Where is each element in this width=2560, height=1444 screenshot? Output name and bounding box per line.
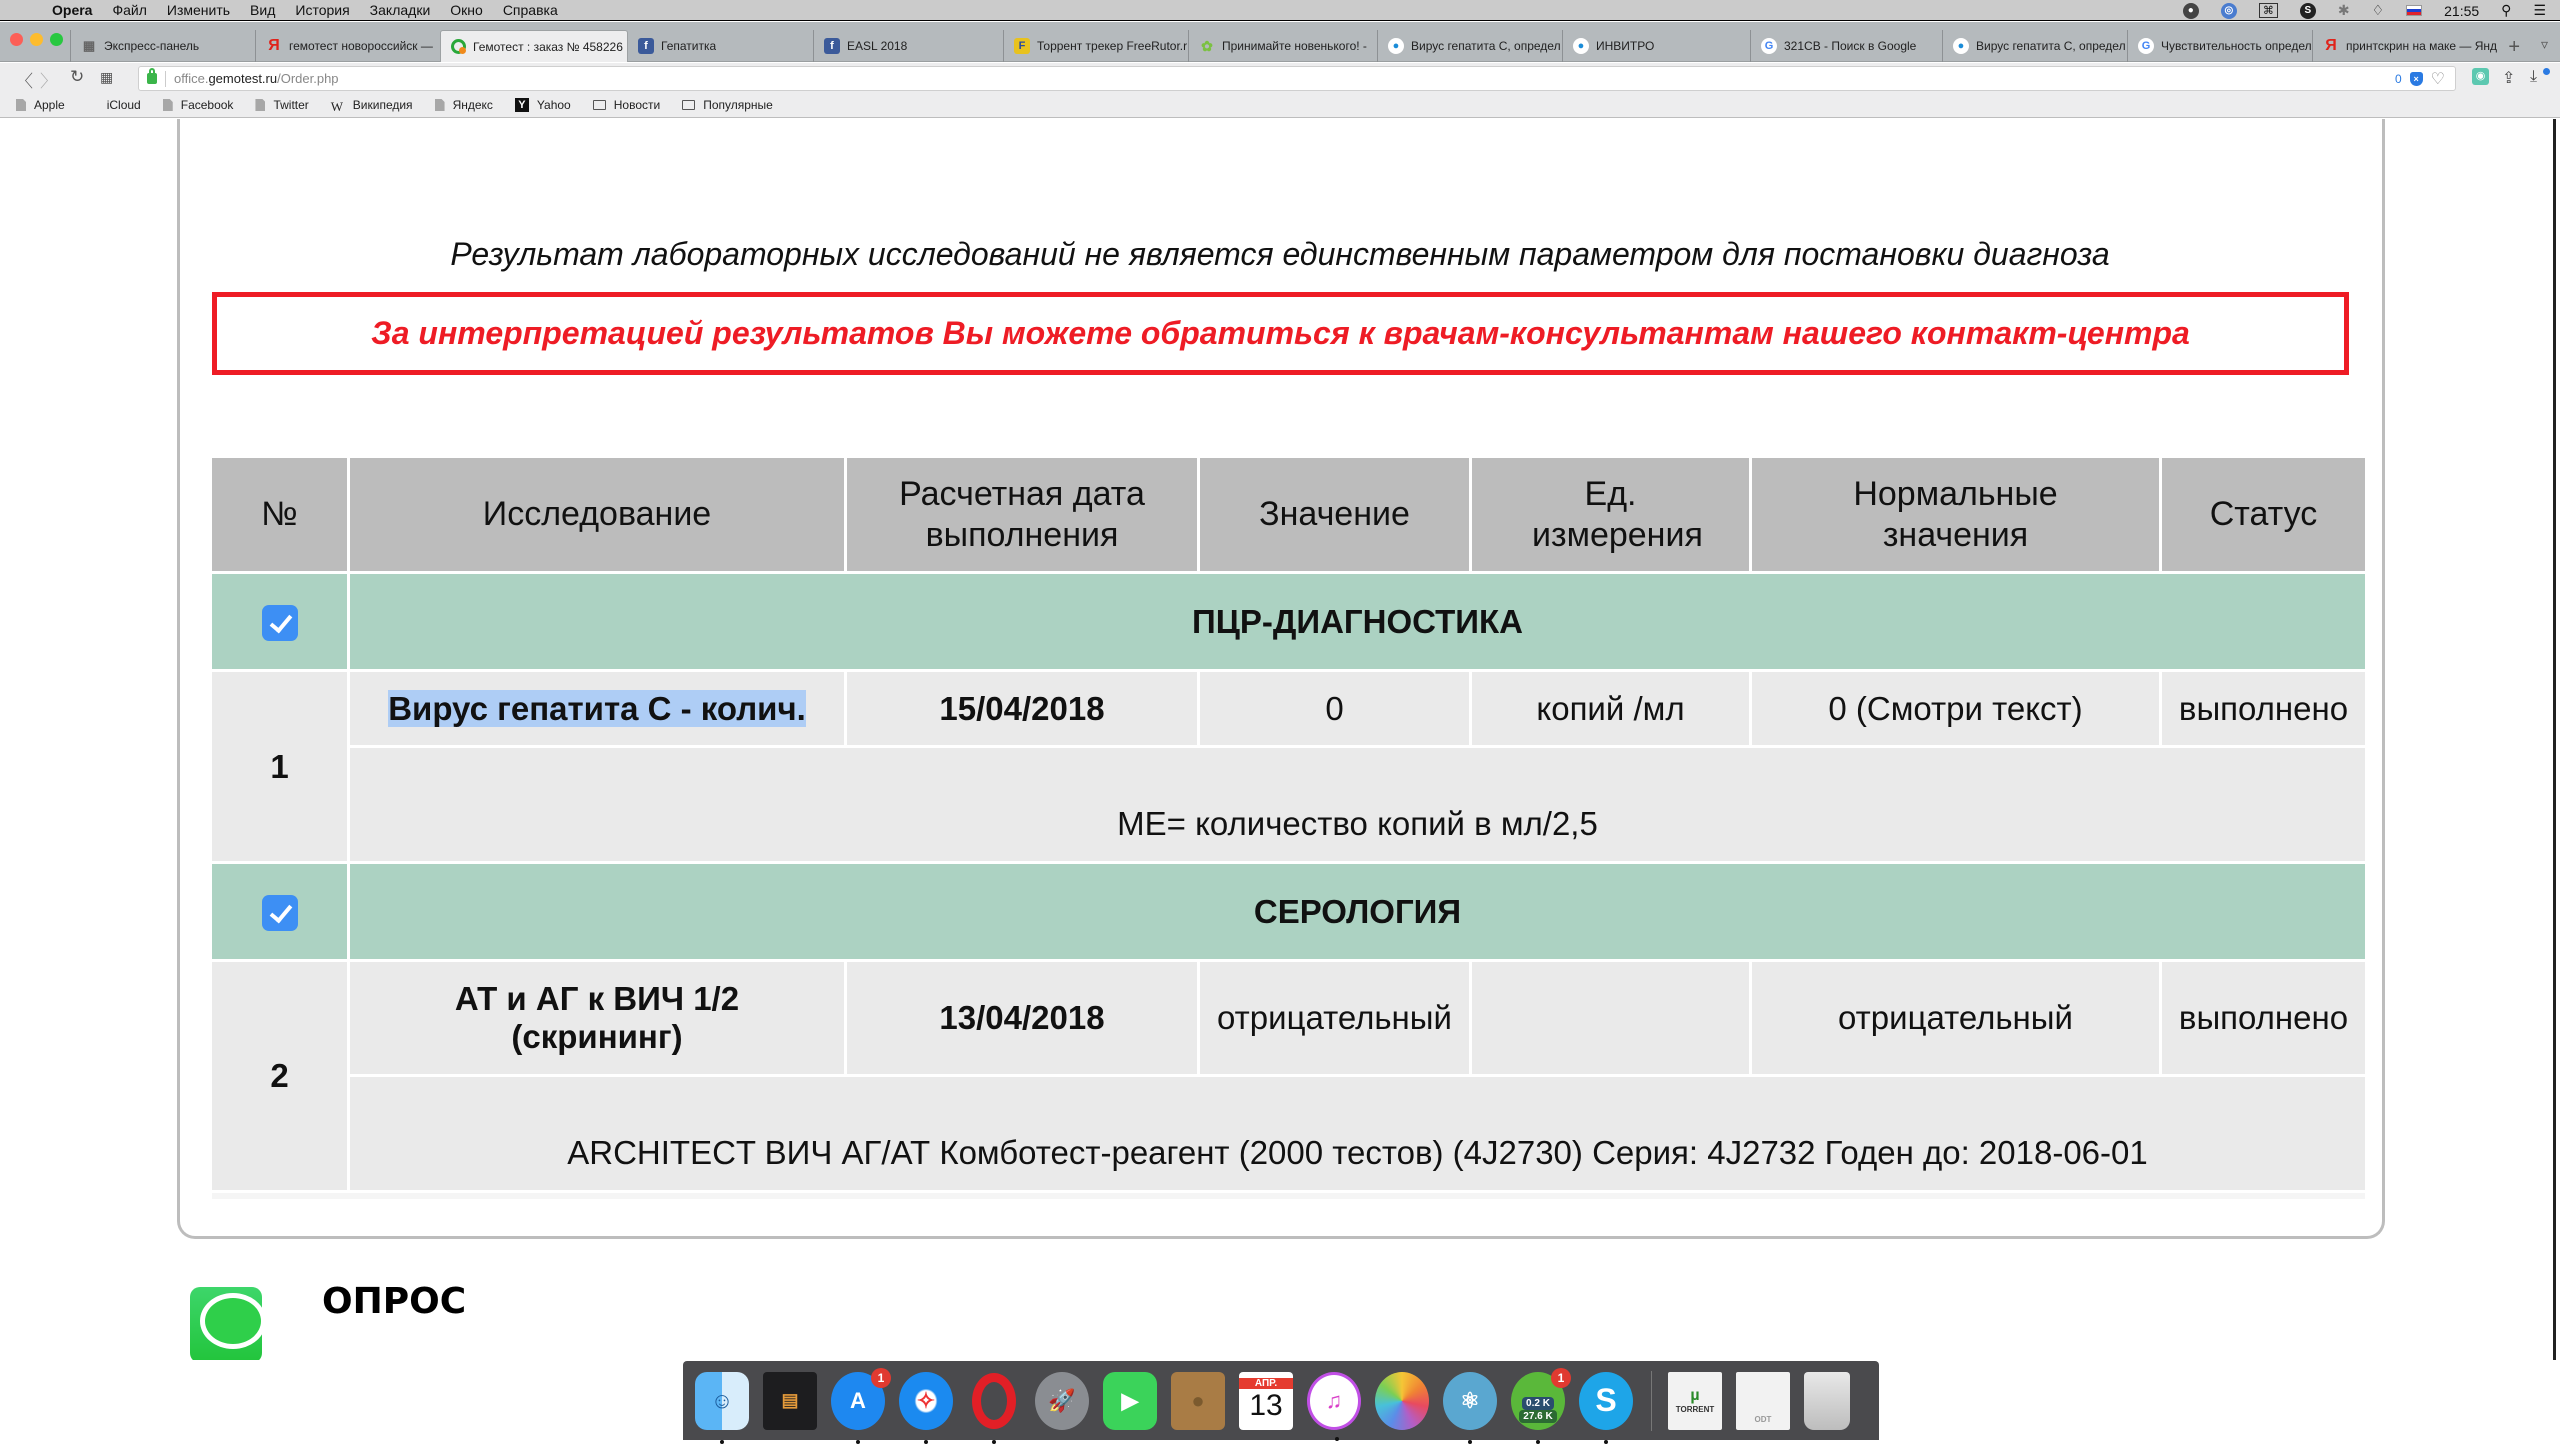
row-number: 1 — [212, 672, 347, 861]
url-path: /Order.php — [277, 71, 338, 86]
bookmark-label: Википедия — [353, 98, 413, 112]
menu-view[interactable]: Вид — [250, 2, 275, 18]
tab-invitro[interactable]: ●ИНВИТРО — [1562, 30, 1747, 62]
test-status: выполнено — [2162, 672, 2365, 745]
utorrent-download-rate: 27.6 K — [1519, 1410, 1556, 1423]
section-checkbox-cell — [212, 864, 347, 959]
bluetooth-icon[interactable]: ✱ — [2338, 2, 2350, 19]
menu-edit[interactable]: Изменить — [167, 2, 230, 18]
bookmark-folder-news[interactable]: Новости — [593, 98, 660, 112]
test-unit — [1472, 962, 1749, 1074]
col-header-value: Значение — [1200, 458, 1469, 571]
section-title: ПЦР-ДИАГНОСТИКА — [350, 574, 2365, 669]
facetime-icon[interactable]: ▶ — [1103, 1372, 1157, 1430]
downloads-icon[interactable]: ⤓ — [2530, 68, 2537, 86]
russian-flag-icon[interactable] — [2406, 5, 2422, 16]
page-icon — [435, 99, 445, 111]
col-header-status: Статус — [2162, 458, 2365, 571]
test-note: ARCHITECT ВИЧ АГ/АТ Комботест-реагент (2… — [350, 1077, 2365, 1190]
page-icon — [163, 99, 173, 111]
minimize-window-icon[interactable] — [30, 33, 43, 46]
page-icon — [16, 99, 26, 111]
bookmark-twitter[interactable]: Twitter — [255, 98, 308, 112]
running-indicator — [1335, 1437, 1339, 1441]
share-icon[interactable]: ⇪ — [2502, 68, 2515, 88]
notification-center-icon[interactable]: ☰ — [2533, 2, 2546, 19]
speed-dial-icon: ▦ — [81, 38, 97, 54]
calendar-month: АПР. — [1239, 1378, 1293, 1389]
google-icon: G — [2138, 38, 2154, 54]
photos-icon[interactable] — [1375, 1372, 1429, 1430]
tab-google-sensitivity[interactable]: GЧувствительность определ — [2127, 30, 2312, 62]
calendar-day: 13 — [1249, 1389, 1282, 1423]
consultation-notice-text: За интерпретацией результатов Вы можете … — [371, 315, 2190, 352]
mission-control-icon[interactable]: ▤ — [763, 1372, 817, 1430]
test-status: выполнено — [2162, 962, 2365, 1074]
test-name: АТ и АГ к ВИЧ 1/2 (скрининг) — [350, 962, 844, 1074]
keyboard-icon[interactable]: ⌘ — [2259, 3, 2278, 18]
section-row-pcr: ПЦР-ДИАГНОСТИКА — [212, 574, 2365, 669]
yandex-icon: Я — [2323, 38, 2339, 54]
tab-yandex-search[interactable]: Ягемотест новороссийск — — [255, 30, 440, 62]
tab-easl-2018[interactable]: fEASL 2018 — [813, 30, 998, 62]
bookmark-wikipedia[interactable]: WВикипедия — [331, 98, 413, 112]
lock-icon — [147, 73, 157, 84]
table-row: 2 АТ и АГ к ВИЧ 1/2 (скрининг) 13/04/201… — [212, 962, 2365, 1074]
consultation-notice: За интерпретацией результатов Вы можете … — [212, 292, 2349, 375]
page-icon — [255, 99, 265, 111]
ad-block-shield-icon[interactable]: × — [2410, 72, 2423, 86]
downloads-indicator — [2543, 68, 2550, 75]
calendar-icon[interactable]: АПР. 13 — [1239, 1372, 1293, 1430]
folder-icon — [593, 100, 606, 110]
table-note-row: ARCHITECT ВИЧ АГ/АТ Комботест-реагент (2… — [212, 1077, 2365, 1190]
contacts-icon[interactable]: ● — [1171, 1372, 1225, 1430]
bookmark-label: Новости — [614, 98, 660, 112]
table-header-row: № Исследование Расчетная дата выполнения… — [212, 458, 2365, 571]
col-header-number: № — [212, 458, 347, 571]
yandex-icon: Я — [266, 38, 282, 54]
bookmark-folder-popular[interactable]: Популярные — [682, 98, 773, 112]
bookmark-heart-icon[interactable]: ♡ — [2431, 69, 2445, 89]
tab-bar: ▦Экспресс-панель Ягемотест новороссийск … — [0, 22, 2560, 62]
tab-speed-dial[interactable]: ▦Экспресс-панель — [70, 30, 255, 62]
web-page: Результат лабораторных исследований не я… — [0, 119, 2556, 1360]
wikipedia-icon: W — [331, 99, 345, 111]
bookmark-label: Apple — [34, 98, 65, 112]
bookmark-yahoo[interactable]: YYahoo — [515, 98, 571, 112]
section-row-serology: СЕРОЛОГИЯ — [212, 864, 2365, 959]
menu-bookmarks[interactable]: Закладки — [370, 2, 431, 18]
col-header-test: Исследование — [350, 458, 844, 571]
test-note: МЕ= количество копий в мл/2,5 — [350, 748, 2365, 861]
test-name-cell: Вирус гепатита С - колич. — [350, 672, 844, 745]
tab-menu-icon[interactable]: ▿ — [2541, 36, 2548, 53]
test-name[interactable]: Вирус гепатита С - колич. — [388, 690, 806, 727]
tab-google-321cb[interactable]: G321CB - Поиск в Google — [1750, 30, 1938, 62]
bookmark-facebook[interactable]: Facebook — [163, 98, 234, 112]
section-checkbox-cell — [212, 574, 347, 669]
blocked-ads-count: 0 — [2395, 72, 2402, 86]
tab-invitro-hcv[interactable]: ●Вирус гепатита С, определ — [1377, 30, 1562, 62]
bookmark-yandex[interactable]: Яндекс — [435, 98, 493, 112]
google-icon: G — [1761, 38, 1777, 54]
utorrent-upload-rate: 0.2 K — [1522, 1397, 1554, 1410]
test-normal-range: отрицательный — [1752, 962, 2159, 1074]
address-bar[interactable]: office.gemotest.ru/Order.php 0 × ♡ — [138, 66, 2456, 91]
reload-icon[interactable]: ↻ — [70, 67, 84, 87]
forward-icon[interactable]: 〉 — [40, 67, 57, 92]
invitro-icon: ● — [1953, 38, 1969, 54]
tab-new-user[interactable]: ✿Принимайте новенького! - — [1188, 30, 1373, 62]
skype-icon[interactable]: S — [2300, 3, 2316, 19]
gemotest-icon — [451, 39, 466, 54]
invitro-icon: ● — [1573, 38, 1589, 54]
section-pcr-checkbox[interactable] — [262, 605, 298, 641]
macos-dock: ☺ ▤ A1 ✧ 🚀 ▶ ● АПР. 13 ♫ ⚛ 0.2 K 27.6 K … — [683, 1361, 1879, 1440]
opera-icon[interactable] — [967, 1372, 1021, 1430]
section-title: СЕРОЛОГИЯ — [350, 864, 2365, 959]
folder-icon — [682, 100, 695, 110]
tab-grid-icon[interactable]: ▦ — [100, 69, 113, 86]
col-header-unit: Ед. измерения — [1472, 458, 1749, 571]
trash-icon[interactable] — [1804, 1372, 1850, 1430]
menu-app-opera[interactable]: Opera — [52, 2, 92, 18]
bookmark-label: iCloud — [107, 98, 141, 112]
odt-file-icon[interactable]: ODT — [1736, 1372, 1790, 1430]
safari-icon[interactable]: ✧ — [899, 1372, 953, 1430]
chat-bubble-icon — [190, 1287, 262, 1360]
bookmark-label: Популярные — [703, 98, 773, 112]
menu-history[interactable]: История — [295, 2, 349, 18]
section-serology-checkbox[interactable] — [262, 895, 298, 931]
leaf-icon: ✿ — [1199, 38, 1215, 54]
freerutor-icon: F — [1014, 38, 1030, 54]
tab-yandex-printscreen[interactable]: Япринтскрин на маке — Янд — [2312, 30, 2497, 62]
facebook-icon: f — [638, 38, 654, 54]
table-row: 1 Вирус гепатита С - колич. 15/04/2018 0… — [212, 672, 2365, 745]
tab-freerutor[interactable]: FТоррент трекер FreeRutor.r — [1003, 30, 1188, 62]
bookmark-icloud[interactable]: iCloud — [87, 98, 141, 112]
test-value: отрицательный — [1200, 962, 1469, 1074]
bookmark-apple[interactable]: Apple — [16, 98, 65, 112]
network-monitor-icon[interactable]: ◎ — [2221, 3, 2237, 19]
spotlight-icon[interactable]: ⚲ — [2501, 2, 2511, 19]
new-tab-icon[interactable]: + — [2508, 36, 2520, 59]
disclaimer-text: Результат лабораторных исследований не я… — [0, 236, 2556, 273]
menu-help[interactable]: Справка — [503, 2, 558, 18]
skype-icon[interactable]: S — [1579, 1372, 1633, 1430]
test-unit: копий /мл — [1472, 672, 1749, 745]
survey-section: ОПРОС — [190, 1279, 466, 1360]
close-window-icon[interactable] — [10, 33, 23, 46]
tab-hepatitka[interactable]: fГепатитка — [628, 30, 813, 62]
launchpad-icon[interactable]: 🚀 — [1035, 1372, 1089, 1430]
vpn-icon: ◉ — [2472, 68, 2489, 85]
utorrent-badge: 1 — [1551, 1368, 1571, 1388]
results-table: № Исследование Расчетная дата выполнения… — [209, 455, 2368, 1202]
app-store-badge: 1 — [871, 1368, 891, 1388]
bookmark-label: Facebook — [181, 98, 234, 112]
file-type-label: ODT — [1755, 1415, 1772, 1424]
divider — [165, 71, 166, 87]
bookmark-label: Yahoo — [537, 98, 571, 112]
survey-title[interactable]: ОПРОС — [322, 1281, 466, 1322]
url-subdomain: office. — [174, 71, 208, 86]
bookmark-label: Яндекс — [453, 98, 493, 112]
col-header-date: Расчетная дата выполнения — [847, 458, 1197, 571]
yahoo-icon: Y — [515, 98, 529, 112]
row-number: 2 — [212, 962, 347, 1190]
menu-file[interactable]: Файл — [112, 2, 146, 18]
itunes-icon[interactable]: ♫ — [1307, 1372, 1361, 1430]
file-type-label: TORRENT — [1676, 1405, 1715, 1414]
bookmarks-bar: Apple iCloud Facebook Twitter WВикипедия… — [0, 93, 2560, 118]
finder-icon[interactable]: ☺ — [695, 1372, 749, 1430]
dock-divider — [1651, 1371, 1652, 1431]
table-footer — [212, 1193, 2365, 1199]
apple-icon — [87, 99, 99, 111]
tab-invitro-hcv-2[interactable]: ●Вирус гепатита С, определ — [1942, 30, 2127, 62]
utorrent-icon[interactable]: 0.2 K 27.6 K 1 — [1511, 1372, 1565, 1430]
invitro-icon: ● — [1388, 38, 1404, 54]
bookmark-label: Twitter — [273, 98, 308, 112]
test-normal-range: 0 (Смотри текст) — [1752, 672, 2159, 745]
table-footer-strip — [212, 1193, 2365, 1199]
url-host: gemotest.ru — [208, 71, 277, 86]
clock[interactable]: 21:55 — [2444, 3, 2479, 19]
wifi-icon[interactable]: ♢ — [2372, 2, 2385, 19]
facebook-icon: f — [824, 38, 840, 54]
menu-window[interactable]: Окно — [450, 2, 483, 18]
torrent-file-icon[interactable]: µTORRENT — [1668, 1372, 1722, 1430]
vpn-button[interactable]: ◉ — [2472, 68, 2489, 85]
app-store-icon[interactable]: A1 — [831, 1372, 885, 1430]
back-icon[interactable]: 〈 — [16, 67, 33, 92]
test-value: 0 — [1200, 672, 1469, 745]
tab-gemotest-order[interactable]: Гемотест : заказ № 458226 — [440, 30, 628, 62]
network-radar-icon[interactable]: ⚛ — [1443, 1372, 1497, 1430]
macos-menu-bar: Opera Файл Изменить Вид История Закладки… — [0, 0, 2560, 21]
opera-vpn-icon[interactable]: ● — [2183, 3, 2199, 19]
test-date: 15/04/2018 — [847, 672, 1197, 745]
zoom-window-icon[interactable] — [50, 33, 63, 46]
table-note-row: МЕ= количество копий в мл/2,5 — [212, 748, 2365, 861]
test-date: 13/04/2018 — [847, 962, 1197, 1074]
col-header-normal: Нормальные значения — [1752, 458, 2159, 571]
browser-toolbar: 〈 〉 ↻ ▦ office.gemotest.ru/Order.php 0 ×… — [0, 63, 2560, 93]
